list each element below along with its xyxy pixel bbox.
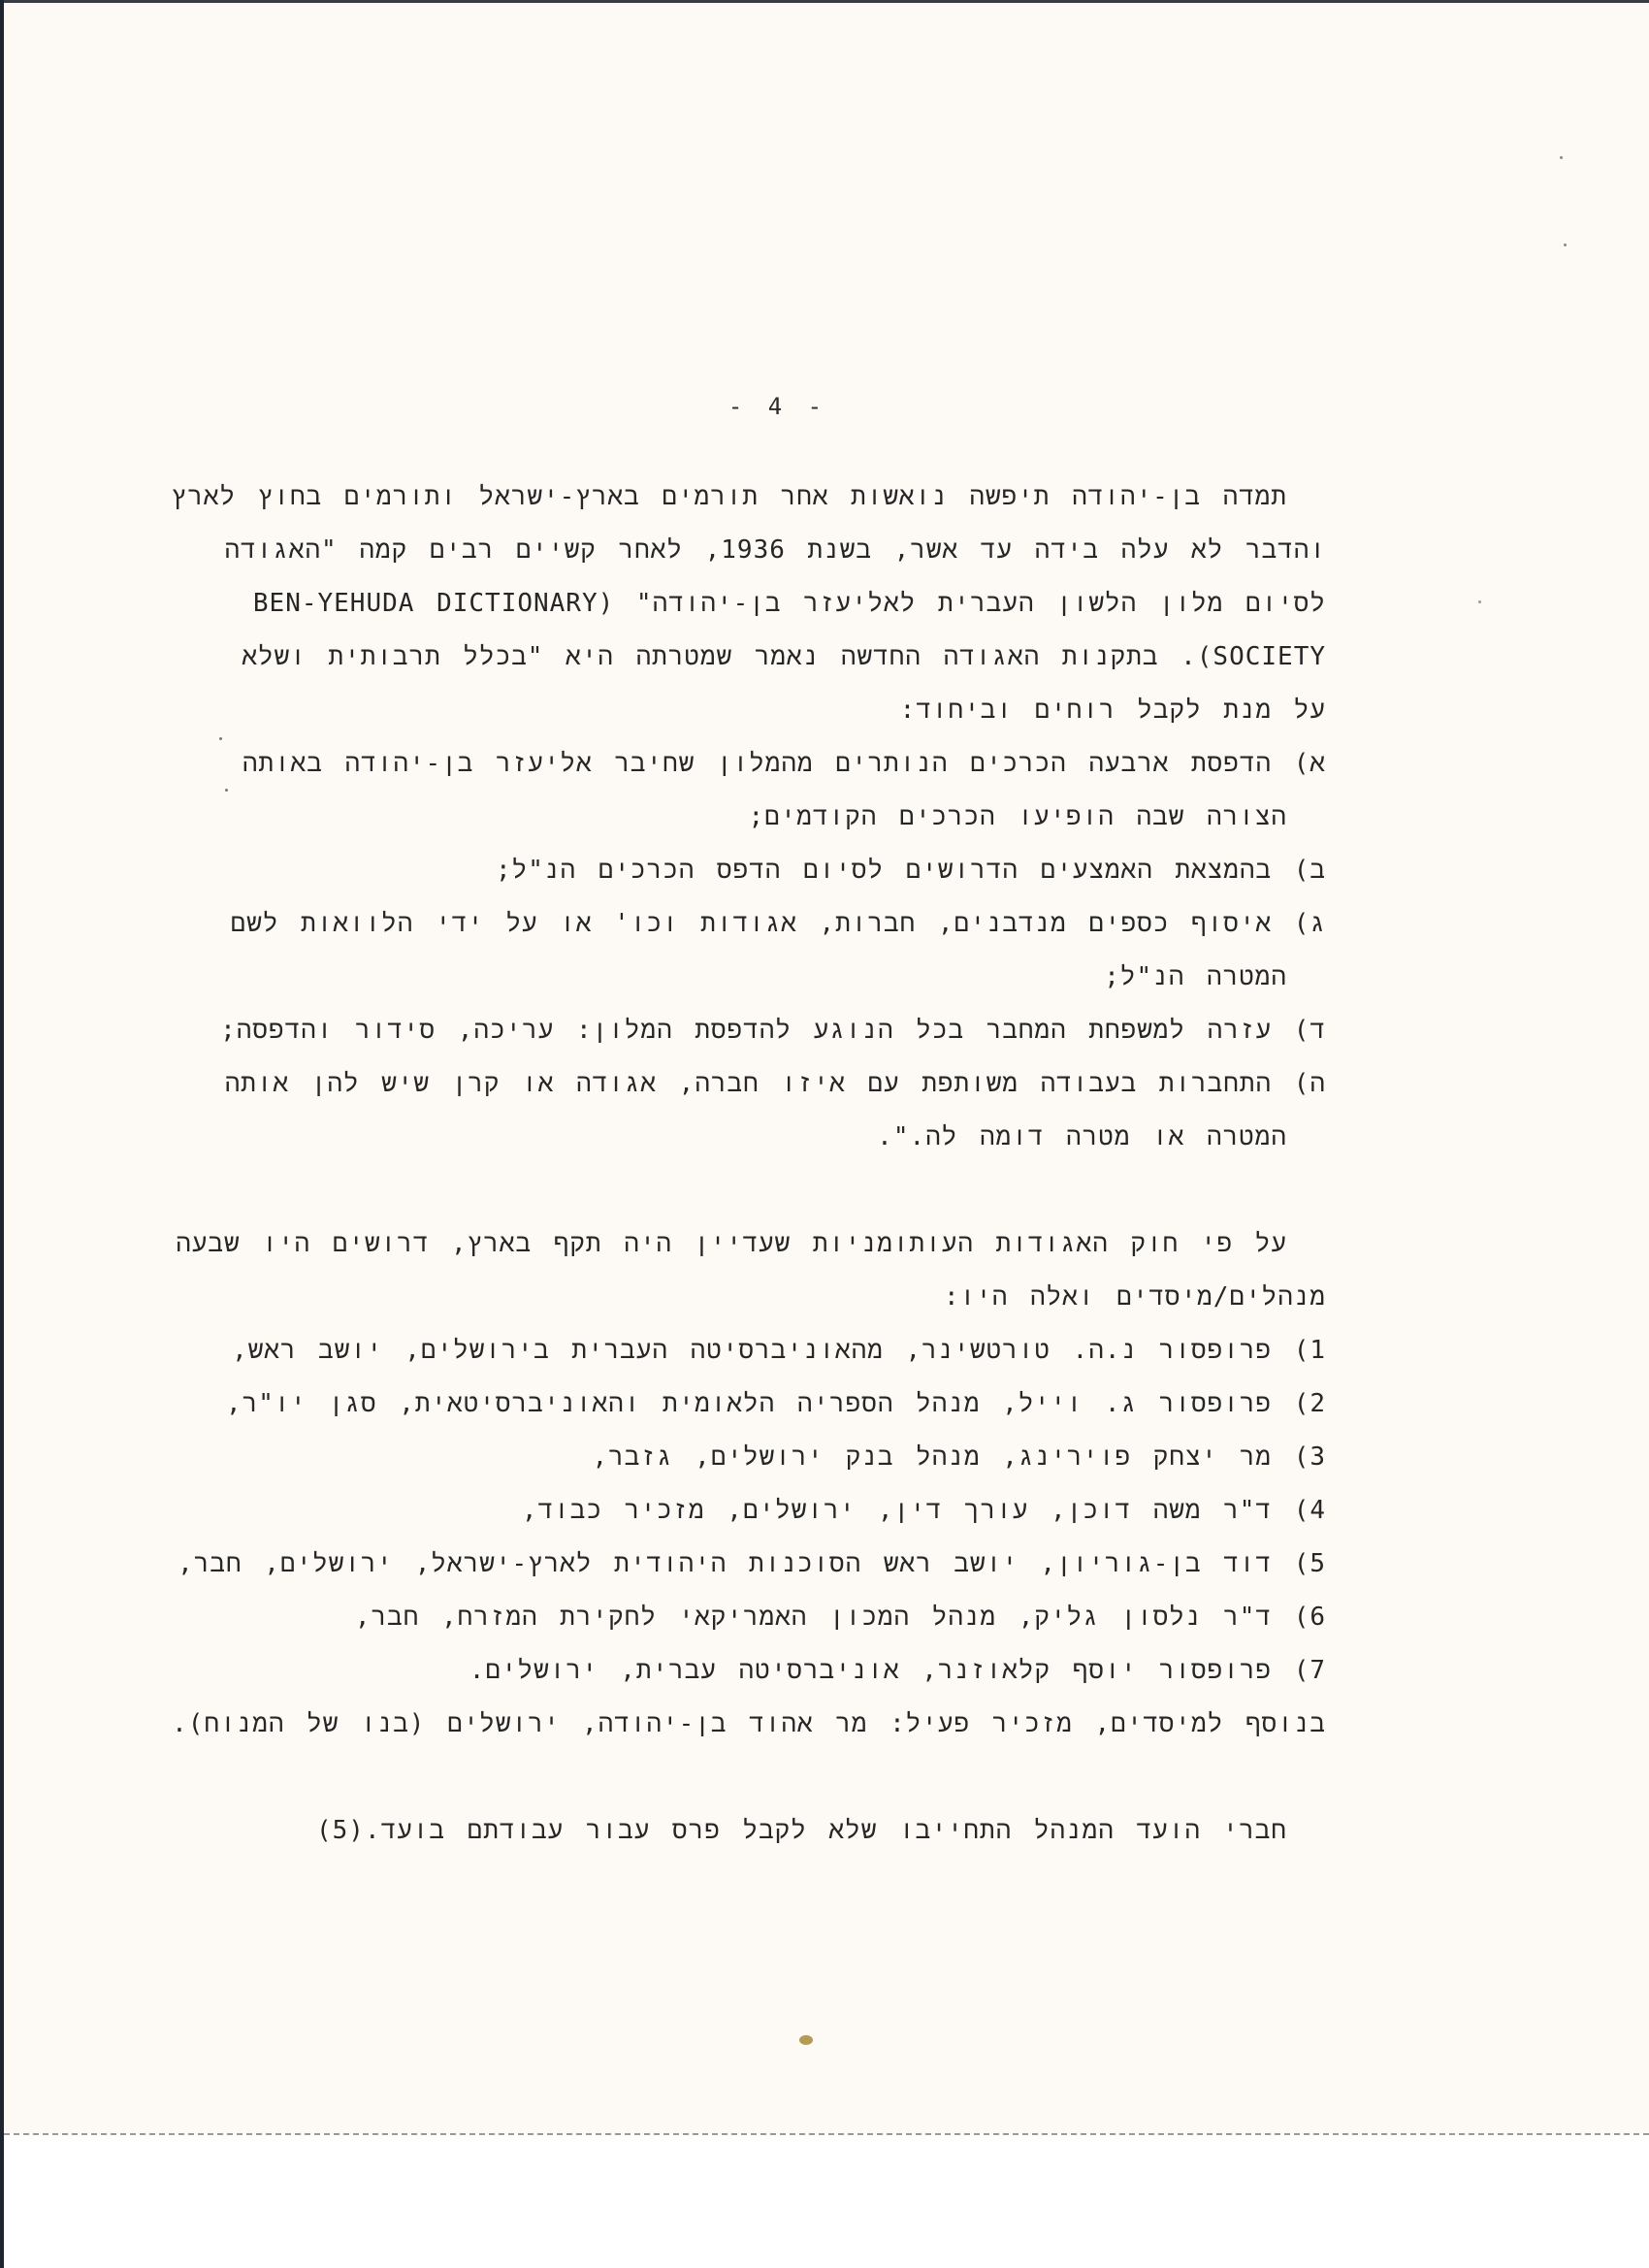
list-marker: ב) — [1294, 856, 1326, 885]
list-item-text: ד"ר משה דוכן, עורך דין, ירושלים, מזכיר כ… — [522, 1496, 1272, 1525]
list-item: 3) מר יצחק פוירינג, מנהל בנק ירושלים, גז… — [220, 1431, 1326, 1484]
list-item-text: מר יצחק פוירינג, מנהל בנק ירושלים, גזבר, — [592, 1442, 1272, 1472]
list-item: ד) עזרה למשפחת המחבר בכל הנוגע להדפסת המ… — [220, 1004, 1326, 1057]
closing-line: חברי הועד המנהל התחייבו שלא לקבל פרס עבו… — [220, 1804, 1326, 1858]
list-marker: 2) — [1294, 1389, 1326, 1418]
scan-speck — [1478, 600, 1481, 603]
text-line: על פי חוק האגודות העותומניות שעדיין היה … — [220, 1217, 1326, 1271]
list-marker: 3) — [1294, 1442, 1326, 1472]
blank-line — [220, 1751, 1326, 1804]
list-item-text: התחברות בעבודה משותפת עם איזו חברה, אגוד… — [225, 1069, 1272, 1098]
list-item-text: פרופסור נ.ה. טורטשינר, מהאוניברסיטה העבר… — [232, 1336, 1272, 1365]
scan-speck — [1560, 156, 1563, 159]
paper-sheet: - 4 - תמדה בן-יהודה תיפשה נואשות אחר תור… — [4, 3, 1649, 2134]
list-item: 6) ד"ר נלסון גליק, מנהל המכון האמריקאי ל… — [220, 1591, 1326, 1644]
text-line: SOCIETY). בתקנות האגודה החדשה נאמר שמטרת… — [220, 631, 1326, 684]
list-item: 1) פרופסור נ.ה. טורטשינר, מהאוניברסיטה ה… — [220, 1324, 1326, 1377]
list-item-continuation: המטרה הנ"ל; — [220, 951, 1326, 1004]
list-item-text: עזרה למשפחת המחבר בכל הנוגע להדפסת המלון… — [220, 1016, 1272, 1045]
paragraph-society-founding: תמדה בן-יהודה תיפשה נואשות אחר תורמים בא… — [220, 470, 1326, 1858]
list-item: ב) בהמצאת האמצעים הדרושים לסיום הדפס הכר… — [220, 844, 1326, 897]
list-item-text: דוד בן-גוריון, יושב ראש הסוכנות היהודית … — [178, 1549, 1272, 1578]
list-item-continuation: המטרה או מטרה דומה לה.". — [220, 1111, 1326, 1164]
text-line: והדבר לא עלה בידה עד אשר, בשנת 1936, לאח… — [220, 524, 1326, 577]
scan-speck — [225, 789, 228, 792]
list-marker: 6) — [1294, 1603, 1326, 1632]
list-marker: ה) — [1294, 1069, 1326, 1098]
list-item: 2) פרופסור ג. וייל, מנהל הספריה הלאומית … — [220, 1377, 1326, 1431]
goals-list: א) הדפסת ארבעה הכרכים הנותרים מהמלון שחי… — [220, 737, 1326, 1164]
scanned-page: - 4 - תמדה בן-יהודה תיפשה נואשות אחר תור… — [0, 0, 1649, 2268]
list-item-text: פרופסור יוסף קלאוזנר, אוניברסיטה עברית, … — [469, 1656, 1272, 1685]
list-marker: א) — [1294, 749, 1326, 778]
text-line: לסיום מלון הלשון העברית לאליעזר בן-יהודה… — [220, 577, 1326, 631]
text-line: תמדה בן-יהודה תיפשה נואשות אחר תורמים בא… — [220, 470, 1326, 524]
blank-line — [220, 1164, 1326, 1217]
list-marker: 7) — [1294, 1656, 1326, 1685]
scan-speck — [219, 737, 222, 740]
list-item: 4) ד"ר משה דוכן, עורך דין, ירושלים, מזכי… — [220, 1484, 1326, 1538]
list-item-text: איסוף כספים מנדבנים, חברות, אגודות וכו' … — [231, 909, 1272, 938]
text-line: על מנת לקבל רוחים וביחוד: — [220, 684, 1326, 737]
text-line: מנהלים/מיסדים ואלה היו: — [220, 1271, 1326, 1324]
additional-founder-line: בנוסף למיסדים, מזכיר פעיל: מר אהוד בן-יה… — [220, 1698, 1326, 1751]
list-item: ג) איסוף כספים מנדבנים, חברות, אגודות וכ… — [220, 897, 1326, 951]
list-item-text: פרופסור ג. וייל, מנהל הספריה הלאומית והא… — [226, 1389, 1272, 1418]
page-number: - 4 - — [4, 393, 1552, 420]
list-item: ה) התחברות בעבודה משותפת עם איזו חברה, א… — [220, 1057, 1326, 1111]
scan-speck — [799, 2035, 813, 2045]
list-marker: ד) — [1294, 1016, 1326, 1045]
scan-speck — [1564, 243, 1567, 246]
list-marker: 1) — [1294, 1336, 1326, 1365]
list-item-text: בהמצאת האמצעים הדרושים לסיום הדפס הכרכים… — [496, 856, 1272, 885]
list-item: א) הדפסת ארבעה הכרכים הנותרים מהמלון שחי… — [220, 737, 1326, 791]
list-item: 5) דוד בן-גוריון, יושב ראש הסוכנות היהוד… — [220, 1538, 1326, 1591]
paper-bottom-edge — [4, 2133, 1649, 2135]
list-marker: ג) — [1294, 909, 1326, 938]
list-marker: 4) — [1294, 1496, 1326, 1525]
list-item-continuation: הצורה שבה הופיעו הכרכים הקודמים; — [220, 791, 1326, 844]
list-marker: 5) — [1294, 1549, 1326, 1578]
list-item-text: הדפסת ארבעה הכרכים הנותרים מהמלון שחיבר … — [242, 749, 1272, 778]
founders-list: 1) פרופסור נ.ה. טורטשינר, מהאוניברסיטה ה… — [220, 1324, 1326, 1698]
list-item: 7) פרופסור יוסף קלאוזנר, אוניברסיטה עברי… — [220, 1644, 1326, 1698]
list-item-text: ד"ר נלסון גליק, מנהל המכון האמריקאי לחקי… — [355, 1603, 1272, 1632]
